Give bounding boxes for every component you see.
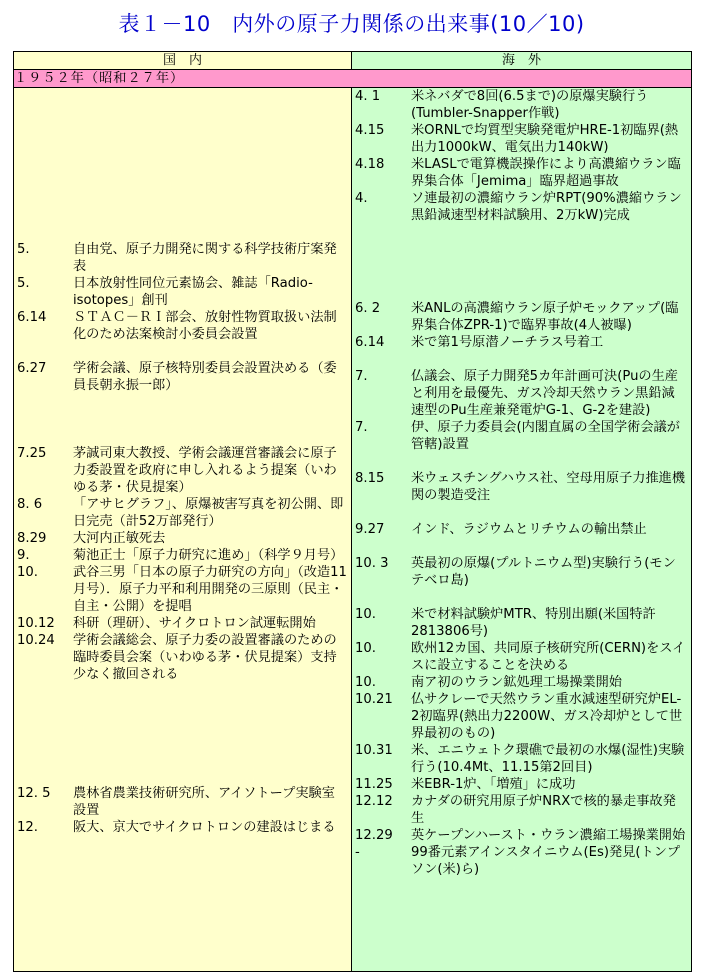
spacer (14, 343, 351, 360)
event-text: 米ウェスチングハウス社、空母用原子力推進機関の製造受注 (411, 470, 691, 504)
event-date: 8. 6 (14, 496, 73, 530)
overseas-event: 10.21仏サクレーで天然ウラン重水減速型研究炉EL-2初臨界(熱出力2200W… (352, 691, 691, 742)
overseas-event: 6.14米で第1号原潜ノーチラス号着工 (352, 334, 691, 351)
overseas-event: 7.伊、原子力委員会(内閣直属の全国学術会議が管轄)設置 (352, 419, 691, 453)
domestic-event: 10.武谷三男「日本の原子力研究の方向」（改造11月号）．原子力平和利用開発の三… (14, 564, 351, 615)
event-date: 7. (352, 419, 411, 453)
event-date: 6.27 (14, 360, 73, 394)
domestic-event: 9.菊池正士「原子力研究に進め」（科学９月号） (14, 547, 351, 564)
overseas-event: 12.29英ケープンハースト・ウラン濃縮工場操業開始 (352, 827, 691, 844)
overseas-event: 6. 2米ANLの高濃縮ウラン原子炉モックアップ(臨界集合体ZPR-1)で臨界事… (352, 300, 691, 334)
event-date: 7.25 (14, 445, 73, 496)
events-table: 国 内 海 外 １９５２年（昭和２７年） 5.自由党、原子力開発に関する科学技術… (13, 51, 692, 972)
event-date: 8.15 (352, 470, 411, 504)
event-date: 12. 5 (14, 785, 73, 819)
spacer (352, 504, 691, 521)
event-text: ソ連最初の濃縮ウラン炉RPT(90%濃縮ウラン黒鉛減速型材料試験用、2万kW)完… (411, 190, 691, 224)
spacer (352, 589, 691, 606)
event-text: 日本放射性同位元素協会、雑誌「Radio-isotopes」創刊 (73, 275, 351, 309)
event-text: 英最初の原爆(プルトニウム型)実験行う(モンテベロ島) (411, 555, 691, 589)
column-header-overseas: 海 外 (352, 52, 692, 70)
event-text: 阪大、京大でサイクロトロンの建設はじまる (73, 819, 351, 836)
page-title: 表１－10 内外の原子力関係の出来事(10／10) (0, 8, 703, 38)
spacer (352, 453, 691, 470)
event-date: 10.24 (14, 632, 73, 683)
event-text: 科研（理研）、サイクロトロン試運転開始 (73, 615, 351, 632)
overseas-event: -99番元素アインスタイニウム(Es)発見(トンプソン(米)ら) (352, 844, 691, 878)
overseas-event: 10. 3英最初の原爆(プルトニウム型)実験行う(モンテベロ島) (352, 555, 691, 589)
event-date: 12.12 (352, 793, 411, 827)
event-text: 農林省農業技術研究所、アイソトープ実験室設置 (73, 785, 351, 819)
event-date: 5. (14, 241, 73, 275)
event-text: 自由党、原子力開発に関する科学技術庁案発表 (73, 241, 351, 275)
domestic-event: 10.12科研（理研）、サイクロトロン試運転開始 (14, 615, 351, 632)
event-date: 12. (14, 819, 73, 836)
domestic-event: 5.日本放射性同位元素協会、雑誌「Radio-isotopes」創刊 (14, 275, 351, 309)
spacer (14, 394, 351, 445)
domestic-event: 10.24学術会議総会、原子力委の設置審議のための臨時委員会案（いわゆる茅・伏見… (14, 632, 351, 683)
event-date: 6.14 (352, 334, 411, 351)
overseas-event: 10.南ア初のウラン鉱処理工場操業開始 (352, 674, 691, 691)
event-text: 「アサヒグラフ」、原爆被害写真を初公開、即日完売（計52万部発行） (73, 496, 351, 530)
column-header-row: 国 内 海 外 (14, 52, 692, 70)
event-date: 11.25 (352, 776, 411, 793)
event-date: 5. (14, 275, 73, 309)
event-date: 10. 3 (352, 555, 411, 589)
event-text: カナダの研究用原子炉NRXで核的暴走事故発生 (411, 793, 691, 827)
event-text: 大河内正敏死去 (73, 530, 351, 547)
overseas-event: 9.27インド、ラジウムとリチウムの輸出禁止 (352, 521, 691, 538)
event-text: 学術会議総会、原子力委の設置審議のための臨時委員会案（いわゆる茅・伏見提案）支持… (73, 632, 351, 683)
overseas-event: 11.25米EBR-1炉、「増殖」に成功 (352, 776, 691, 793)
overseas-event: 10.米で材料試験炉MTR、特別出願(米国特許2813806号) (352, 606, 691, 640)
event-text: インド、ラジウムとリチウムの輸出禁止 (411, 521, 691, 538)
overseas-event: 4. 1米ネバダで8回(6.5まで)の原爆実験行う(Tumbler-Snappe… (352, 88, 691, 122)
event-text: 米で第1号原潜ノーチラス号着工 (411, 334, 691, 351)
event-date: - (352, 844, 411, 878)
spacer (352, 351, 691, 368)
event-text: 茅誠司東大教授、学術会議運営審議会に原子力委設置を政府に申し入れるよう提案（いわ… (73, 445, 351, 496)
event-date: 9. (14, 547, 73, 564)
event-date: 4. (352, 190, 411, 224)
event-text: 米ANLの高濃縮ウラン原子炉モックアップ(臨界集合体ZPR-1)で臨界事故(4人… (411, 300, 691, 334)
event-date: 9.27 (352, 521, 411, 538)
event-text: 99番元素アインスタイニウム(Es)発見(トンプソン(米)ら) (411, 844, 691, 878)
domestic-event: 6.27学術会議、原子核特別委員会設置決める（委員長朝永振一郎） (14, 360, 351, 394)
domestic-top-spacer (14, 88, 351, 241)
event-text: 米LASLで電算機誤操作により高濃縮ウラン臨界集合体「Jemima」臨界超過事故 (411, 156, 691, 190)
event-date: 10. (352, 640, 411, 674)
event-date: 8.29 (14, 530, 73, 547)
event-text: 欧州12カ国、共同原子核研究所(CERN)をスイスに設立することを決める (411, 640, 691, 674)
year-label: １９５２年（昭和２７年） (14, 70, 692, 88)
spacer (352, 538, 691, 555)
event-text: 英ケープンハースト・ウラン濃縮工場操業開始 (411, 827, 691, 844)
event-text: 米ネバダで8回(6.5まで)の原爆実験行う(Tumbler-Snapper作戦) (411, 88, 691, 122)
domestic-event: 5.自由党、原子力開発に関する科学技術庁案発表 (14, 241, 351, 275)
overseas-event: 12.12カナダの研究用原子炉NRXで核的暴走事故発生 (352, 793, 691, 827)
event-date: 10. (14, 564, 73, 615)
event-text: 南ア初のウラン鉱処理工場操業開始 (411, 674, 691, 691)
domestic-event: 6.14ＳＴＡＣ－ＲＩ部会、放射性物質取扱い法制化のため法案検討小委員会設置 (14, 309, 351, 343)
event-date: 7. (352, 368, 411, 419)
event-text: 仏議会、原子力開発5カ年計画可決(Puの生産と利用を最優先、ガス冷却天然ウラン黒… (411, 368, 691, 419)
event-date: 10.12 (14, 615, 73, 632)
event-text: 米、エニウェトク環礁で最初の水爆(湿性)実験行う(10.4Mt、11.15第2回… (411, 742, 691, 776)
event-text: 伊、原子力委員会(内閣直属の全国学術会議が管轄)設置 (411, 419, 691, 453)
events-body-row: 5.自由党、原子力開発に関する科学技術庁案発表 5.日本放射性同位元素協会、雑誌… (14, 88, 692, 972)
event-date: 10.21 (352, 691, 411, 742)
event-text: 米で材料試験炉MTR、特別出願(米国特許2813806号) (411, 606, 691, 640)
overseas-event: 7.仏議会、原子力開発5カ年計画可決(Puの生産と利用を最優先、ガス冷却天然ウラ… (352, 368, 691, 419)
event-text: 米EBR-1炉、「増殖」に成功 (411, 776, 691, 793)
event-text: ＳＴＡＣ－ＲＩ部会、放射性物質取扱い法制化のため法案検討小委員会設置 (73, 309, 351, 343)
year-row: １９５２年（昭和２７年） (14, 70, 692, 88)
domestic-event: 12.阪大、京大でサイクロトロンの建設はじまる (14, 819, 351, 836)
event-date: 10. (352, 674, 411, 691)
domestic-event: 8.29大河内正敏死去 (14, 530, 351, 547)
domestic-event: 7.25茅誠司東大教授、学術会議運営審議会に原子力委設置を政府に申し入れるよう提… (14, 445, 351, 496)
event-date: 12.29 (352, 827, 411, 844)
overseas-event: 10.欧州12カ国、共同原子核研究所(CERN)をスイスに設立することを決める (352, 640, 691, 674)
event-date: 4.15 (352, 122, 411, 156)
event-date: 6.14 (14, 309, 73, 343)
domestic-column: 5.自由党、原子力開発に関する科学技術庁案発表 5.日本放射性同位元素協会、雑誌… (14, 88, 352, 972)
overseas-event: 4.18米LASLで電算機誤操作により高濃縮ウラン臨界集合体「Jemima」臨界… (352, 156, 691, 190)
overseas-event: 10.31米、エニウェトク環礁で最初の水爆(湿性)実験行う(10.4Mt、11.… (352, 742, 691, 776)
overseas-event: 4.15米ORNLで均質型実験発電炉HRE-1初臨界(熱出力1000kW、電気出… (352, 122, 691, 156)
event-text: 菊池正士「原子力研究に進め」（科学９月号） (73, 547, 351, 564)
event-text: 学術会議、原子核特別委員会設置決める（委員長朝永振一郎） (73, 360, 351, 394)
spacer (14, 683, 351, 785)
domestic-event: 12. 5農林省農業技術研究所、アイソトープ実験室設置 (14, 785, 351, 819)
event-text: 仏サクレーで天然ウラン重水減速型研究炉EL-2初臨界(熱出力2200W、ガス冷却… (411, 691, 691, 742)
event-date: 4.18 (352, 156, 411, 190)
overseas-event: 4.ソ連最初の濃縮ウラン炉RPT(90%濃縮ウラン黒鉛減速型材料試験用、2万kW… (352, 190, 691, 224)
event-date: 10.31 (352, 742, 411, 776)
spacer (352, 224, 691, 300)
event-date: 4. 1 (352, 88, 411, 122)
overseas-event: 8.15米ウェスチングハウス社、空母用原子力推進機関の製造受注 (352, 470, 691, 504)
event-date: 6. 2 (352, 300, 411, 334)
event-text: 武谷三男「日本の原子力研究の方向」（改造11月号）．原子力平和利用開発の三原則（… (73, 564, 351, 615)
column-header-domestic: 国 内 (14, 52, 352, 70)
domestic-event: 8. 6「アサヒグラフ」、原爆被害写真を初公開、即日完売（計52万部発行） (14, 496, 351, 530)
overseas-column: 4. 1米ネバダで8回(6.5まで)の原爆実験行う(Tumbler-Snappe… (352, 88, 692, 972)
event-text: 米ORNLで均質型実験発電炉HRE-1初臨界(熱出力1000kW、電気出力140… (411, 122, 691, 156)
event-date: 10. (352, 606, 411, 640)
